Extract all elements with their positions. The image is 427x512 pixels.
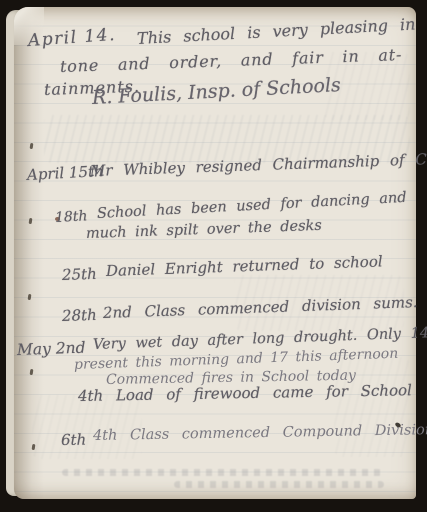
bleedthrough-line: [62, 469, 382, 476]
bleedthrough-line: [174, 481, 384, 488]
entry-date: 6th: [61, 431, 87, 449]
entry-date: 18th: [55, 208, 88, 226]
logbook-photo: April 14. This school is very pleasing i…: [0, 0, 427, 512]
entry-date: 25th: [62, 265, 97, 284]
entry-date: 28th: [62, 306, 97, 325]
notebook-page: April 14. This school is very pleasing i…: [14, 7, 416, 499]
